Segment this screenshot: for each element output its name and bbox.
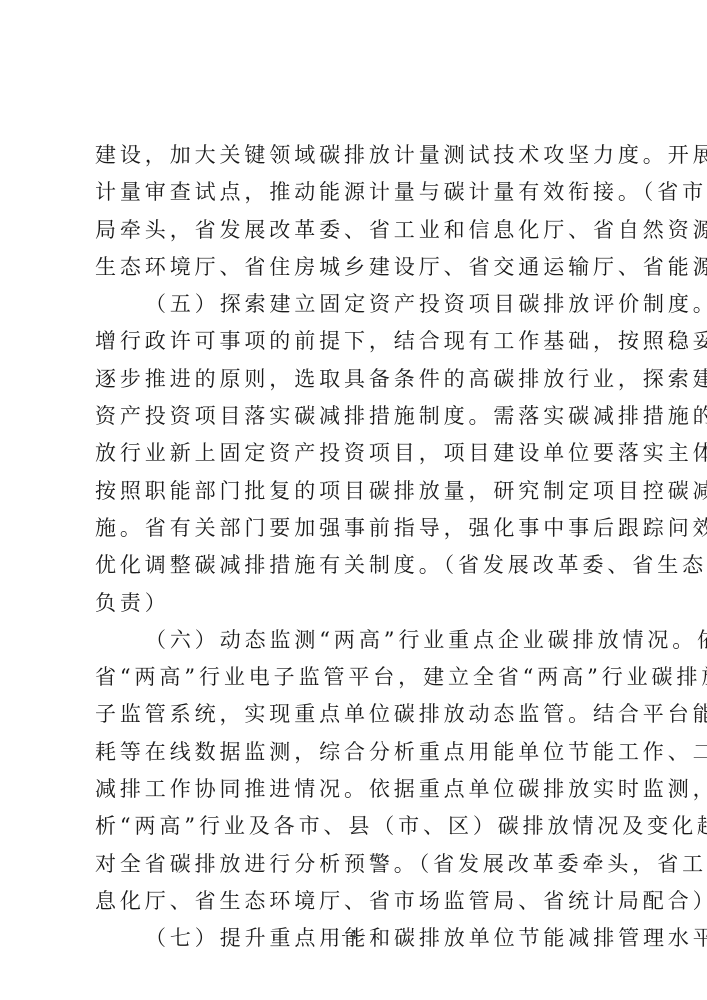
document-page: 建设，加大关键领域碳排放计量测试技术攻坚力度。开展碳排放 计量审查试点，推动能源… bbox=[0, 0, 707, 1000]
section-heading-line: （五）探索建立固定资产投资项目碳排放评价制度。在不新 bbox=[95, 286, 619, 323]
text-line: 放行业新上固定资产投资项目，项目建设单位要落实主体责任， bbox=[95, 435, 619, 472]
text-line: 减排工作协同推进情况。依据重点单位碳排放实时监测，统计分 bbox=[95, 771, 619, 808]
text-line: 对全省碳排放进行分析预警。（省发展改革委牵头，省工业和信 bbox=[95, 846, 619, 883]
text-line: 局牵头，省发展改革委、省工业和信息化厅、省自然资源厅、省 bbox=[95, 212, 619, 249]
paragraph-section-6: （六）动态监测“两高”行业重点企业碳排放情况。依托全 省“两高”行业电子监管平台… bbox=[95, 622, 619, 920]
text-line: 省“两高”行业电子监管平台，建立全省“两高”行业碳排放电 bbox=[95, 659, 619, 696]
text-line: 子监管系统，实现重点单位碳排放动态监管。结合平台能耗、煤 bbox=[95, 696, 619, 733]
text-line: 资产投资项目落实碳减排措施制度。需落实碳减排措施的高碳排 bbox=[95, 398, 619, 435]
text-line: 按照职能部门批复的项目碳排放量，研究制定项目控碳减碳措 bbox=[95, 473, 619, 510]
text-line: 优化调整碳减排措施有关制度。（省发展改革委、省生态环境厅 bbox=[95, 547, 619, 584]
text-line: 耗等在线数据监测，综合分析重点用能单位节能工作、二氧化碳 bbox=[95, 734, 619, 771]
text-line: 负责） bbox=[95, 585, 619, 622]
text-line: 析“两高”行业及各市、县（市、区）碳排放情况及变化趋势， bbox=[95, 808, 619, 845]
paragraph-continuation: 建设，加大关键领域碳排放计量测试技术攻坚力度。开展碳排放 计量审查试点，推动能源… bbox=[95, 137, 619, 286]
text-line: 息化厅、省生态环境厅、省市场监管局、省统计局配合） bbox=[95, 883, 619, 920]
text-line: 生态环境厅、省住房城乡建设厅、省交通运输厅、省能源局配合） bbox=[95, 249, 619, 286]
text-line: 计量审查试点，推动能源计量与碳计量有效衔接。（省市场监管 bbox=[95, 174, 619, 211]
page-number: - 4 - bbox=[0, 928, 707, 942]
paragraph-section-5: （五）探索建立固定资产投资项目碳排放评价制度。在不新 增行政许可事项的前提下，结… bbox=[95, 286, 619, 622]
text-line: 逐步推进的原则，选取具备条件的高碳排放行业，探索建立固定 bbox=[95, 361, 619, 398]
text-line: 增行政许可事项的前提下，结合现有工作基础，按照稳妥有序、 bbox=[95, 323, 619, 360]
body-text: 建设，加大关键领域碳排放计量测试技术攻坚力度。开展碳排放 计量审查试点，推动能源… bbox=[95, 137, 619, 958]
text-line: 施。省有关部门要加强事前指导，强化事中事后跟踪问效，及时 bbox=[95, 510, 619, 547]
text-line: 建设，加大关键领域碳排放计量测试技术攻坚力度。开展碳排放 bbox=[95, 137, 619, 174]
section-heading-line: （六）动态监测“两高”行业重点企业碳排放情况。依托全 bbox=[95, 622, 619, 659]
